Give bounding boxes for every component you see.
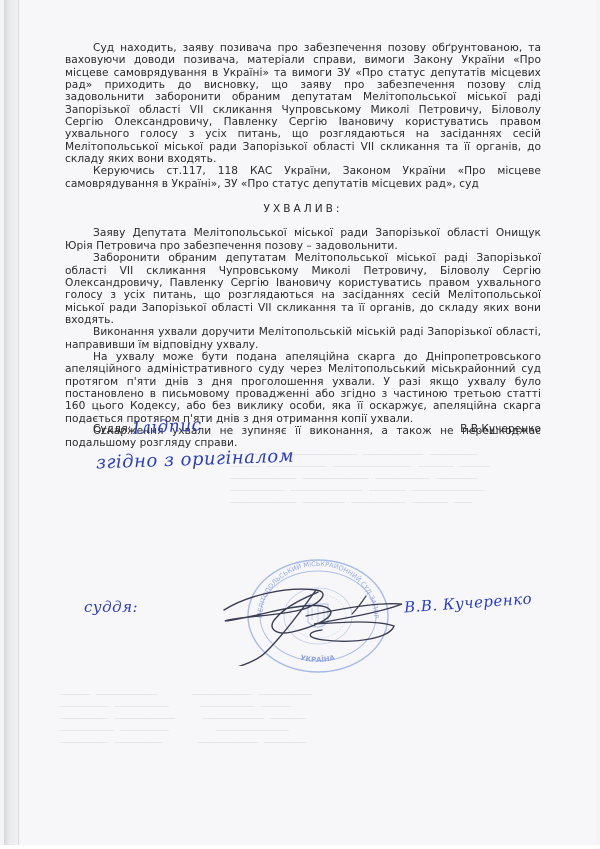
resolution-heading: УХВАЛИВ: xyxy=(65,203,541,215)
judge-name: В.В.Кучеренко xyxy=(460,423,541,435)
bleed-through-text-lower: ───── ────────── ────────── ───────── ──… xyxy=(60,690,312,750)
scan-edge-bottom xyxy=(0,845,600,849)
handwritten-judge-label: суддя: xyxy=(84,598,138,616)
scan-edge-left xyxy=(4,0,19,845)
document-body: Суд находить, заяву позивача про забезпе… xyxy=(65,42,541,450)
handwritten-signature-note: Ілідпис xyxy=(133,415,203,439)
paragraph-resolution-1: Заяву Депутата Мелітопольської міської р… xyxy=(65,227,541,252)
judge-label: Суддя: xyxy=(93,423,131,435)
paragraph-resolution-3: Виконання ухвали доручити Мелітопольські… xyxy=(65,326,541,351)
paragraph-legal-basis: Керуючись ст.117, 118 КАС України, Закон… xyxy=(65,165,541,190)
judge-handwritten-signature xyxy=(206,566,406,666)
paragraph-resolution-2: Заборонити обраним депутатам Мелітопольс… xyxy=(65,252,541,326)
paragraph-court-finding: Суд находить, заяву позивача про забезпе… xyxy=(65,42,541,165)
paragraph-appeal: На ухвалу може бути подана апеляційна ск… xyxy=(65,351,541,425)
